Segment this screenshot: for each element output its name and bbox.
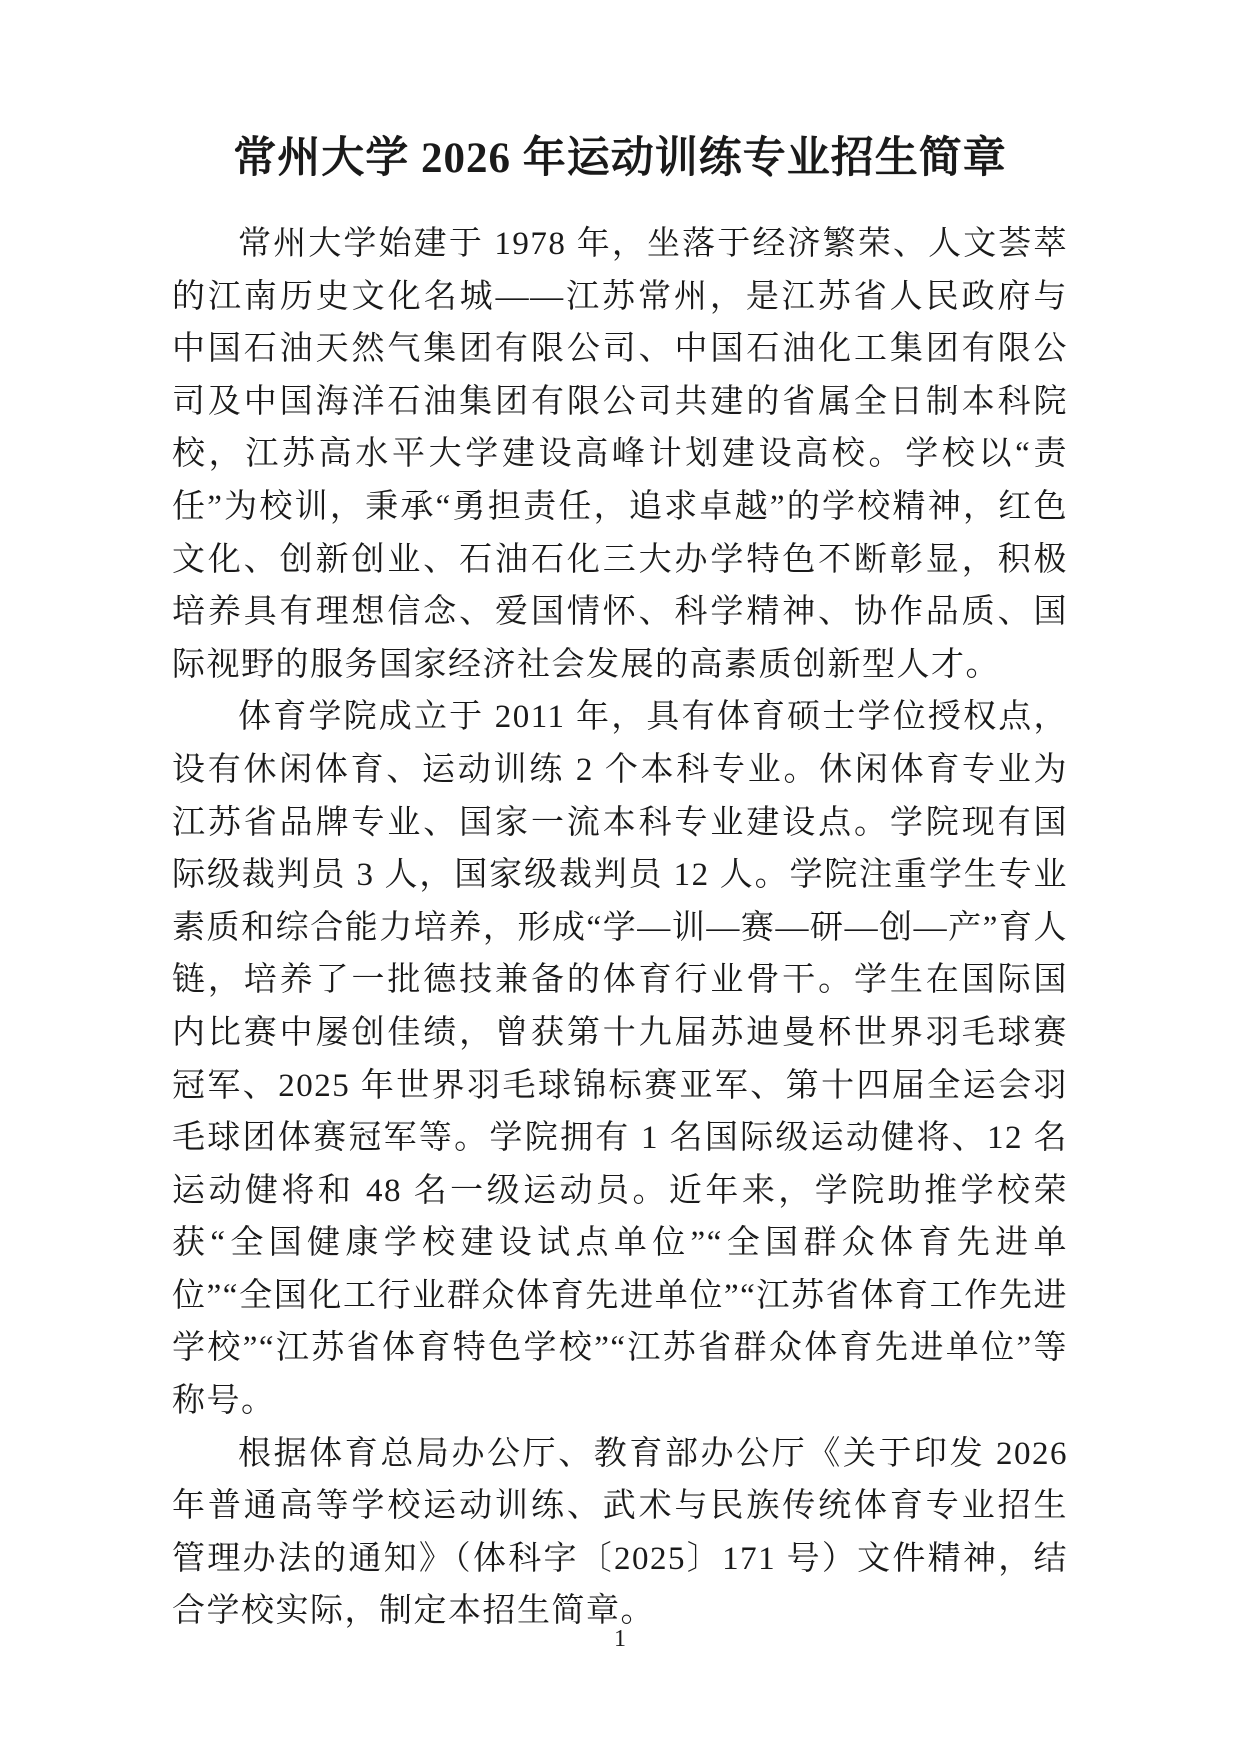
document-title: 常州大学 2026 年运动训练专业招生简章 [0, 0, 1240, 190]
paragraph-sports-college-intro: 体育学院成立于 2011 年，具有体育硕士学位授权点，设有休闲体育、运动训练 2… [172, 691, 1068, 1427]
document-page: 常州大学 2026 年运动训练专业招生简章 常州大学始建于 1978 年，坐落于… [0, 0, 1240, 1753]
document-body: 常州大学始建于 1978 年，坐落于经济繁荣、人文荟萃的江南历史文化名城——江苏… [172, 218, 1068, 1638]
paragraph-school-intro: 常州大学始建于 1978 年，坐落于经济繁荣、人文荟萃的江南历史文化名城——江苏… [172, 218, 1068, 691]
page-number: 1 [0, 1624, 1240, 1654]
paragraph-policy-basis: 根据体育总局办公厅、教育部办公厅《关于印发 2026 年普通高等学校运动训练、武… [172, 1428, 1068, 1638]
